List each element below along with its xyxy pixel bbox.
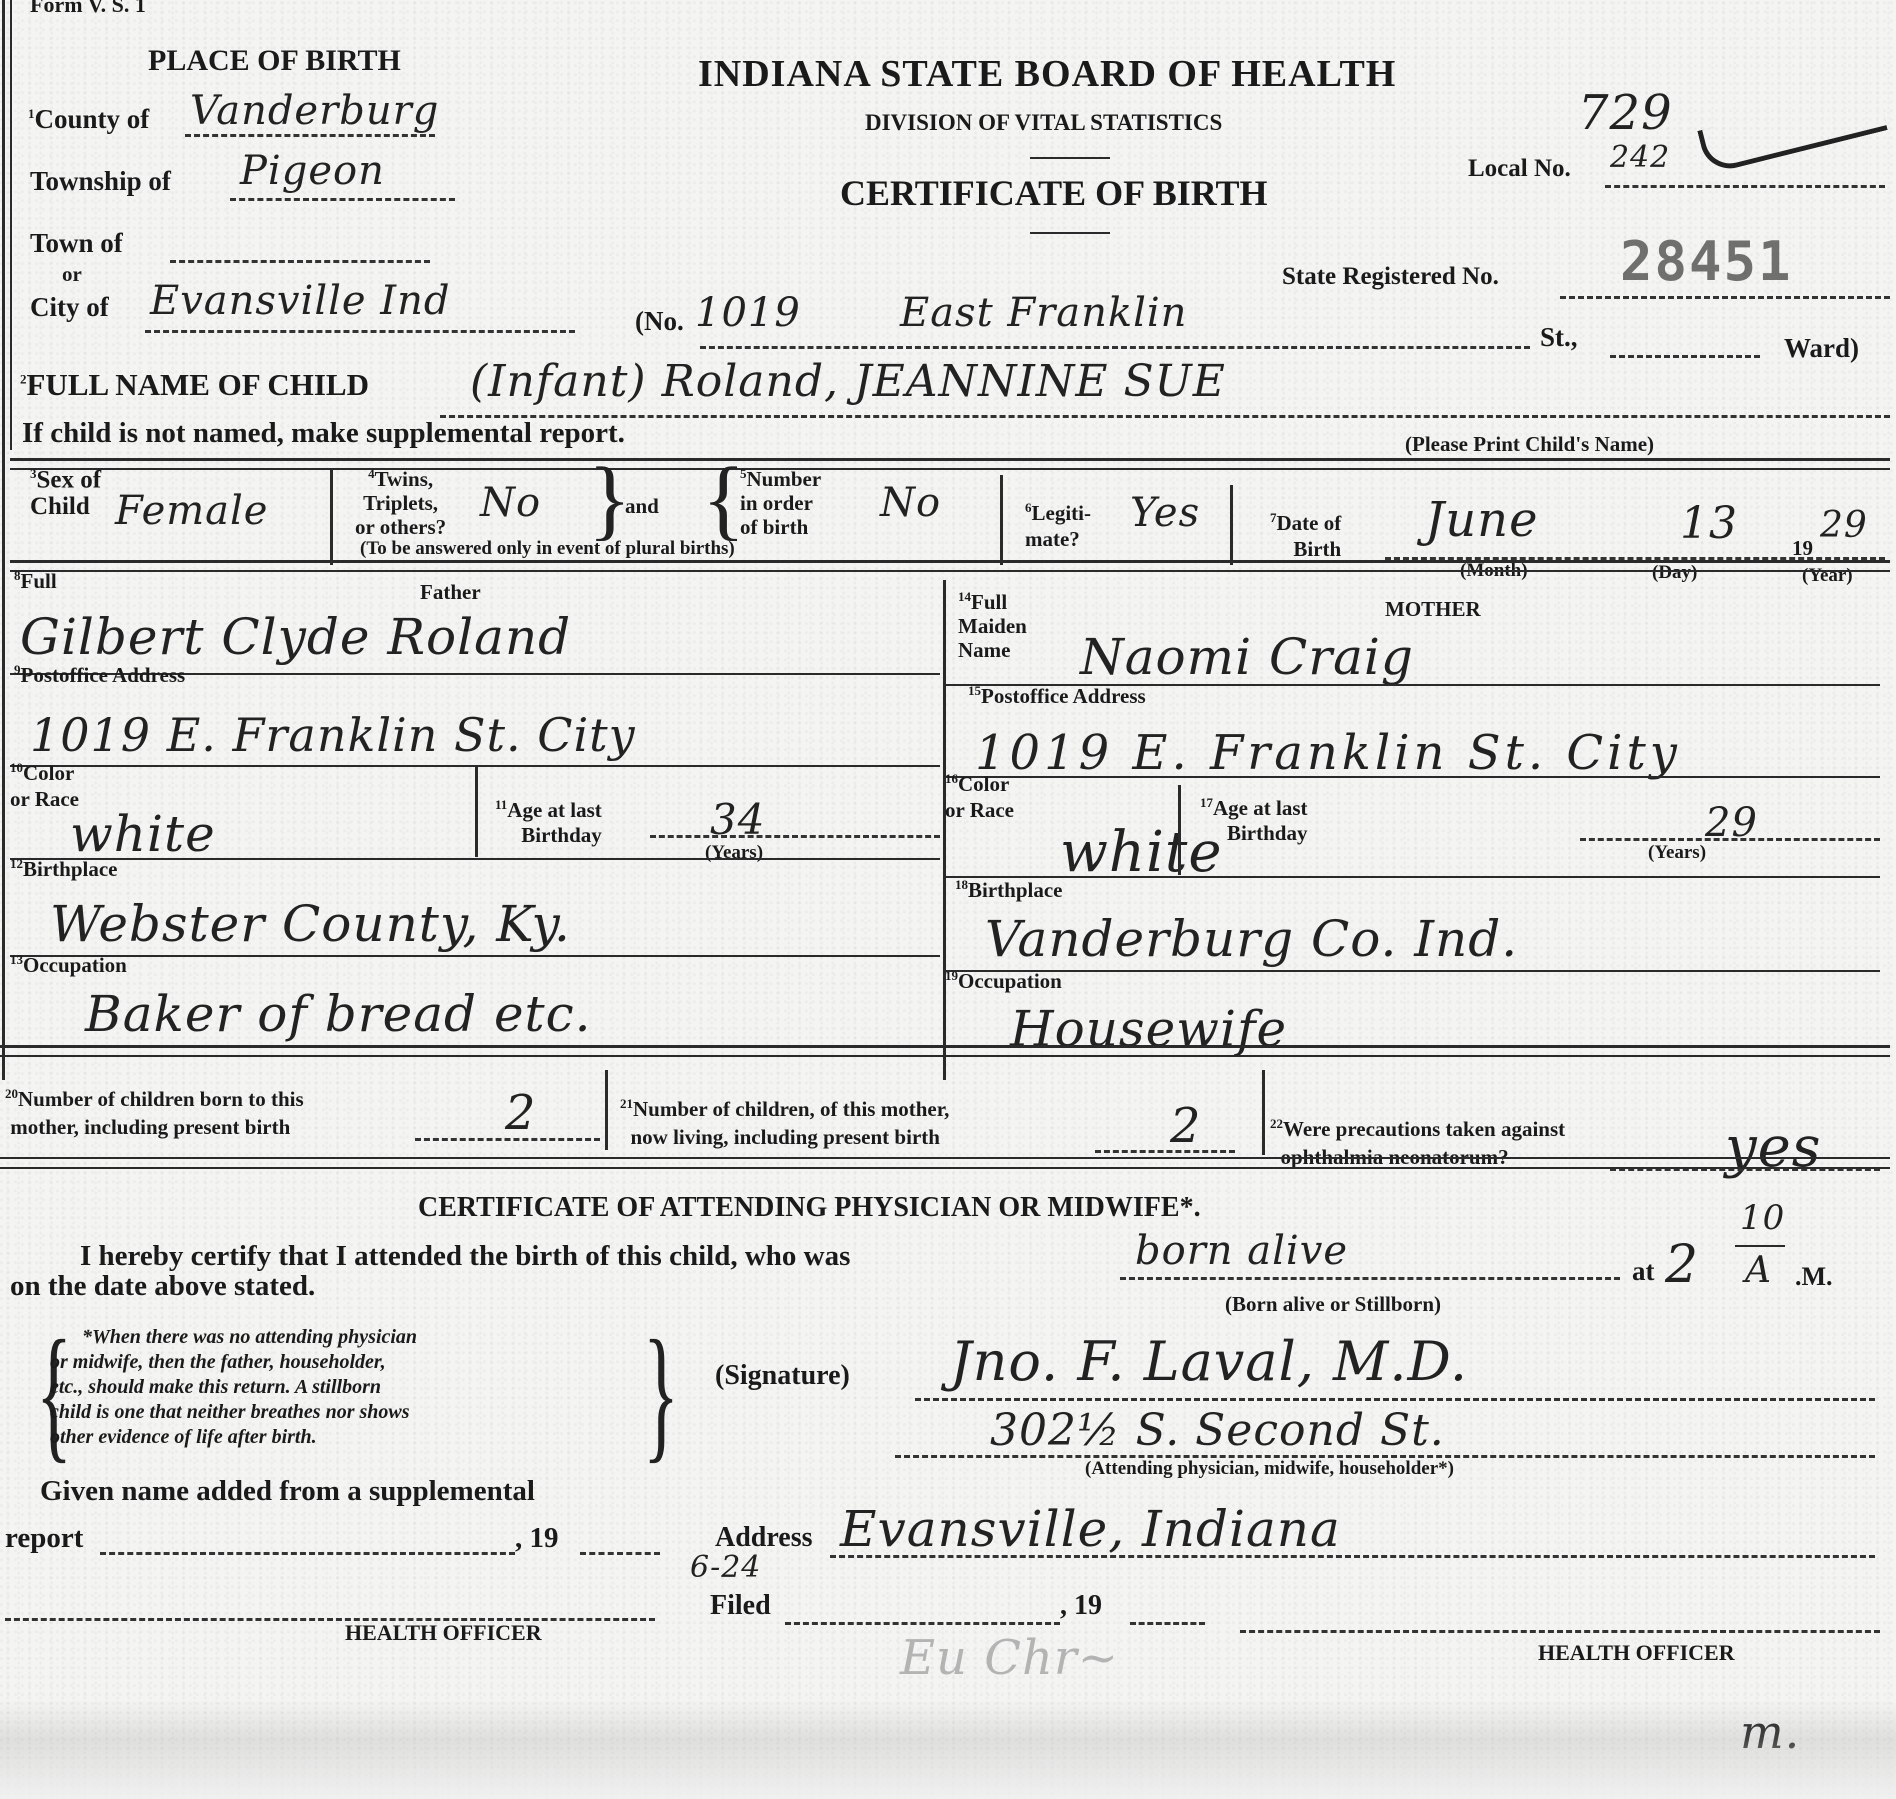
- father-address-label: 9Postoffice Address: [14, 662, 185, 688]
- and-label: and: [625, 494, 659, 519]
- not-named-note: If child is not named, make supplemental…: [22, 417, 625, 450]
- filed-annotation: 6-24: [690, 1550, 761, 1585]
- birth-time-hour: 2: [1665, 1235, 1699, 1295]
- ophthalmia-label: 22Were precautions taken against ophthal…: [1270, 1110, 1565, 1171]
- mother-address-value: 1019 E. Franklin St. City: [975, 725, 1681, 781]
- sex-label: 3Sex ofChild: [30, 460, 101, 520]
- filed-label: Filed: [710, 1590, 771, 1622]
- left-border: [2, 0, 5, 1080]
- county-label: 1County of: [28, 104, 149, 135]
- m-label: .M.: [1795, 1262, 1833, 1292]
- mother-maiden-label: 14FullMaidenName: [958, 585, 1027, 662]
- mother-birthplace-value: Vanderburg Co. Ind.: [985, 910, 1518, 968]
- local-no-annotation: 729: [1578, 85, 1673, 141]
- health-officer-right: HEALTH OFFICER: [1538, 1640, 1735, 1666]
- ward-label: Ward): [1784, 333, 1859, 364]
- sex-value: Female: [115, 488, 268, 534]
- health-officer-left: HEALTH OFFICER: [345, 1620, 542, 1646]
- agency-title: INDIANA STATE BOARD OF HEALTH: [698, 52, 1396, 96]
- title-rule-2: [1030, 232, 1110, 234]
- township-value: Pigeon: [240, 148, 385, 194]
- signature-caption: (Attending physician, midwife, household…: [1085, 1458, 1454, 1480]
- county-value: Vanderburg: [190, 88, 439, 134]
- child-name-value: (Infant) Roland, JEANNINE SUE: [470, 356, 1226, 407]
- certify-statement: I hereby certify that I attended the bir…: [80, 1240, 850, 1273]
- mother-race-label: 16Coloror Race: [945, 766, 1014, 823]
- physician-street-value: 302½ S. Second St.: [990, 1405, 1445, 1456]
- order-label: 5Numberin orderof birth: [740, 462, 821, 539]
- father-heading: Father: [420, 580, 481, 605]
- scan-shadow: [0, 1700, 1896, 1799]
- city-value: Evansville Ind: [150, 278, 450, 324]
- born-status-value: born alive: [1135, 1228, 1348, 1274]
- twins-value: No: [480, 480, 541, 526]
- street-no-value: 1019: [695, 290, 801, 336]
- physician-address-value: Evansville, Indiana: [840, 1500, 1341, 1558]
- father-age-label: 11Age at lastBirthday: [495, 792, 602, 848]
- city-label: City of: [30, 292, 109, 323]
- state-registered-value: 28451: [1620, 230, 1793, 293]
- mother-maiden-value: Naomi Craig: [1080, 628, 1414, 686]
- at-label: at: [1632, 1256, 1655, 1287]
- birth-time-ampm: A: [1745, 1250, 1772, 1291]
- street-no-label: (No.: [635, 306, 684, 337]
- or-label: or: [62, 262, 82, 287]
- print-note: (Please Print Child's Name): [1405, 432, 1654, 457]
- place-of-birth-heading: PLACE OF BIRTH: [148, 44, 401, 78]
- dob-year-value: 29: [1820, 505, 1868, 546]
- legitimate-value: Yes: [1130, 490, 1200, 536]
- mother-heading: MOTHER: [1385, 597, 1481, 622]
- mother-address-label: 15Postoffice Address: [968, 683, 1146, 709]
- father-birthplace-value: Webster County, Ky.: [50, 895, 571, 953]
- plural-births-note: (To be answered only in event of plural …: [360, 538, 735, 560]
- date-of-birth-label: 7Date ofBirth: [1270, 505, 1341, 562]
- children-living-label: 21Number of children, of this mother, no…: [620, 1090, 949, 1151]
- right-brace-icon: }: [643, 1318, 679, 1468]
- mother-years-caption: (Years): [1648, 842, 1706, 864]
- local-no-label: Local No.: [1468, 155, 1571, 183]
- form-number: Form V. S. 1: [30, 0, 146, 18]
- mother-occupation-value: Housewife: [1010, 1000, 1287, 1058]
- birth-time-minutes: 10: [1740, 1198, 1785, 1238]
- father-race-label: 10Coloror Race: [10, 755, 79, 812]
- children-born-value: 2: [505, 1085, 537, 1141]
- town-label: Town of: [30, 228, 123, 259]
- township-label: Township of: [30, 166, 171, 197]
- father-race-value: white: [70, 805, 216, 863]
- child-name-label: 2FULL NAME OF CHILD: [20, 367, 369, 403]
- left-border-inner: [10, 0, 12, 450]
- filed-year-prefix: , 19: [1060, 1590, 1102, 1622]
- signature-label: (Signature): [715, 1360, 850, 1392]
- street-value: East Franklin: [900, 290, 1187, 336]
- report-label: report: [5, 1522, 83, 1555]
- father-birthplace-label: 12Birthplace: [10, 856, 118, 882]
- dob-month-value: June: [1425, 492, 1538, 548]
- title-rule: [1030, 157, 1110, 159]
- mother-occupation-label: 19Occupation: [945, 968, 1062, 994]
- father-address-value: 1019 E. Franklin St. City: [30, 708, 636, 762]
- father-years-caption: (Years): [705, 842, 763, 864]
- street-label: St.,: [1540, 322, 1578, 353]
- mother-birthplace-label: 18Birthplace: [955, 877, 1063, 903]
- father-occupation-label: 13Occupation: [10, 952, 127, 978]
- order-value: No: [880, 480, 941, 526]
- faded-health-officer-signature: Eu Chr~: [900, 1630, 1119, 1686]
- twins-label: 4Twins,Triplets,or others?: [355, 462, 446, 539]
- year-caption: (Year): [1802, 565, 1853, 587]
- check-mark-icon: [1697, 86, 1887, 174]
- father-name-value: Gilbert Clyde Roland: [20, 608, 571, 666]
- legitimate-label: 6Legiti-mate?: [1025, 495, 1091, 552]
- parents-divider: [943, 580, 946, 1080]
- father-occupation-value: Baker of bread etc.: [85, 985, 592, 1043]
- left-brace-icon: {: [702, 455, 745, 545]
- father-full-label: 8Full: [14, 568, 57, 594]
- stillborn-note: *When there was no attending physician o…: [50, 1325, 417, 1450]
- children-living-value: 2: [1170, 1098, 1202, 1154]
- children-born-label: 20Number of children born to this mother…: [5, 1080, 304, 1141]
- certificate-title: CERTIFICATE OF BIRTH: [840, 172, 1268, 214]
- physician-certificate-heading: CERTIFICATE OF ATTENDING PHYSICIAN OR MI…: [418, 1192, 1201, 1224]
- born-status-caption: (Born alive or Stillborn): [1225, 1292, 1441, 1317]
- state-registered-label: State Registered No.: [1282, 263, 1499, 291]
- mother-age-label: 17Age at lastBirthday: [1200, 790, 1307, 846]
- dob-year-prefix: 19: [1792, 536, 1813, 561]
- division-title: DIVISION OF VITAL STATISTICS: [865, 110, 1222, 136]
- signature-value: Jno. F. Laval, M.D.: [950, 1330, 1468, 1393]
- dob-day-value: 13: [1680, 498, 1738, 549]
- date-stated: on the date above stated.: [10, 1270, 315, 1303]
- local-no-value: 242: [1610, 140, 1670, 175]
- birth-certificate-page: Form V. S. 1 PLACE OF BIRTH INDIANA STAT…: [0, 0, 1896, 1799]
- given-name-label: Given name added from a supplemental: [40, 1475, 535, 1508]
- report-year-prefix: , 19: [515, 1522, 559, 1555]
- day-caption: (Day): [1652, 562, 1697, 584]
